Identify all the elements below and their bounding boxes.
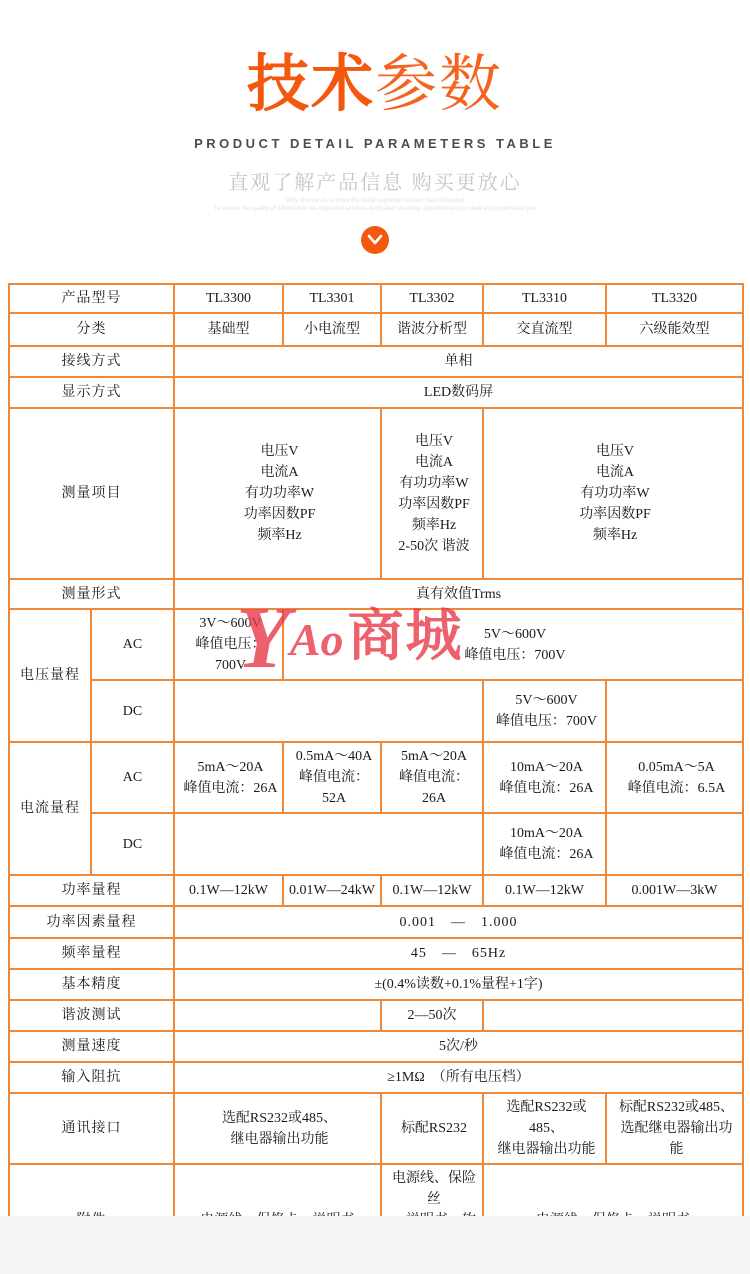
comm-cell: 标配RS232或485、 选配继电器输出功能: [606, 1093, 743, 1164]
comm-cell: 选配RS232或485、 继电器输出功能: [174, 1093, 381, 1164]
category-cell: 小电流型: [283, 313, 381, 346]
row-label-comm: 通讯接口: [9, 1093, 174, 1164]
row-current-ac: 电流量程 AC 5mA～20A 峰值电流：26A 0.5mA～40A 峰值电流：…: [9, 742, 743, 813]
row-form: 测量形式 真有效值Trms: [9, 579, 743, 609]
power-cell: 0.1W—12kW: [483, 875, 606, 906]
page-tagline: 直观了解产品信息 购买更放心: [0, 166, 750, 195]
current-ac-cell: 10mA～20A 峰值电流：26A: [483, 742, 606, 813]
freq-value: 45 — 65Hz: [174, 938, 743, 969]
title-light-part: 参数: [375, 50, 503, 119]
model-cell: TL3310: [483, 284, 606, 313]
harmonic-test-value: 2—50次: [381, 1000, 483, 1031]
row-label-voltage: 电压量程: [9, 609, 91, 742]
row-freq: 频率量程 45 — 65Hz: [9, 938, 743, 969]
row-model: 产品型号 TL3300 TL3301 TL3302 TL3310 TL3320: [9, 284, 743, 313]
voltage-ac-rest: 5V～600V 峰值电压：700V: [283, 609, 743, 680]
items-acdc-cell: 电压V 电流A 有功功率W 功率因数PF 频率Hz: [483, 408, 743, 579]
row-label-wiring: 接线方式: [9, 346, 174, 377]
current-ac-label: AC: [91, 742, 174, 813]
row-label-items: 测量项目: [9, 408, 174, 579]
wiring-value: 单相: [174, 346, 743, 377]
speed-value: 5次/秒: [174, 1031, 743, 1062]
form-value: 真有效值Trms: [174, 579, 743, 609]
row-label-current: 电流量程: [9, 742, 91, 875]
empty-cell: [606, 680, 743, 742]
current-ac-cell: 0.5mA～40A 峰值电流：52A: [283, 742, 381, 813]
fine-print: Why choose us to know the detail upgrade…: [0, 197, 750, 213]
impedance-value: ≥1MΩ （所有电压档）: [174, 1062, 743, 1093]
row-accuracy: 基本精度 ±(0.4%读数+0.1%量程+1字): [9, 969, 743, 1000]
row-comm: 通讯接口 选配RS232或485、 继电器输出功能 标配RS232 选配RS23…: [9, 1093, 743, 1164]
model-cell: TL3300: [174, 284, 283, 313]
pf-value: 0.001 — 1.000: [174, 906, 743, 938]
comm-cell: 选配RS232或485、 继电器输出功能: [483, 1093, 606, 1164]
category-cell: 基础型: [174, 313, 283, 346]
row-label-display: 显示方式: [9, 377, 174, 408]
model-cell: TL3302: [381, 284, 483, 313]
fine-print-line2: To ensure the quality of information we …: [0, 205, 750, 213]
category-cell: 交直流型: [483, 313, 606, 346]
empty-cell: [606, 813, 743, 875]
voltage-dc-tl3310: 5V～600V 峰值电压：700V: [483, 680, 606, 742]
power-cell: 0.1W—12kW: [174, 875, 283, 906]
row-label-speed: 测量速度: [9, 1031, 174, 1062]
category-cell: 六级能效型: [606, 313, 743, 346]
chevron-down-icon: [361, 226, 389, 254]
voltage-ac-label: AC: [91, 609, 174, 680]
bottom-background-band: [0, 1216, 750, 1274]
current-ac-cell: 5mA～20A 峰值电流：26A: [381, 742, 483, 813]
product-detail-page: 技术参数 PRODUCT DETAIL PARAMETERS TABLE 直观了…: [0, 0, 750, 1274]
comm-cell: 标配RS232: [381, 1093, 483, 1164]
model-cell: TL3320: [606, 284, 743, 313]
accuracy-value: ±(0.4%读数+0.1%量程+1字): [174, 969, 743, 1000]
row-pf: 功率因素量程 0.001 — 1.000: [9, 906, 743, 938]
power-cell: 0.001W—3kW: [606, 875, 743, 906]
display-value: LED数码屏: [174, 377, 743, 408]
row-speed: 测量速度 5次/秒: [9, 1031, 743, 1062]
current-ac-cell: 0.05mA～5A 峰值电流：6.5A: [606, 742, 743, 813]
spec-table: 产品型号 TL3300 TL3301 TL3302 TL3310 TL3320 …: [8, 283, 744, 1274]
fine-print-line1: Why choose us to know the detail upgrade…: [0, 197, 750, 205]
page-subtitle: PRODUCT DETAIL PARAMETERS TABLE: [0, 136, 750, 151]
row-label-form: 测量形式: [9, 579, 174, 609]
model-cell: TL3301: [283, 284, 381, 313]
row-label-harmonic-test: 谐波测试: [9, 1000, 174, 1031]
current-ac-cell: 5mA～20A 峰值电流：26A: [174, 742, 283, 813]
category-cell: 谐波分析型: [381, 313, 483, 346]
row-display: 显示方式 LED数码屏: [9, 377, 743, 408]
row-wiring: 接线方式 单相: [9, 346, 743, 377]
row-items: 测量项目 电压V 电流A 有功功率W 功率因数PF 频率Hz 电压V 电流A 有…: [9, 408, 743, 579]
power-cell: 0.01W—24kW: [283, 875, 381, 906]
empty-cell: [483, 1000, 743, 1031]
items-basic-cell: 电压V 电流A 有功功率W 功率因数PF 频率Hz: [174, 408, 381, 579]
row-label-pf: 功率因素量程: [9, 906, 174, 938]
voltage-ac-tl3300: 3V～600V 峰值电压：700V: [174, 609, 283, 680]
row-label-power: 功率量程: [9, 875, 174, 906]
row-label-category: 分类: [9, 313, 174, 346]
row-current-dc: DC 10mA～20A 峰值电流：26A: [9, 813, 743, 875]
title-bold-part: 技术: [247, 50, 375, 119]
empty-cell: [174, 813, 483, 875]
row-label-model: 产品型号: [9, 284, 174, 313]
row-label-freq: 频率量程: [9, 938, 174, 969]
current-dc-label: DC: [91, 813, 174, 875]
voltage-dc-label: DC: [91, 680, 174, 742]
page-title: 技术参数: [0, 52, 750, 118]
current-dc-tl3310: 10mA～20A 峰值电流：26A: [483, 813, 606, 875]
row-category: 分类 基础型 小电流型 谐波分析型 交直流型 六级能效型: [9, 313, 743, 346]
row-harmonic-test: 谐波测试 2—50次: [9, 1000, 743, 1031]
power-cell: 0.1W—12kW: [381, 875, 483, 906]
row-impedance: 输入阻抗 ≥1MΩ （所有电压档）: [9, 1062, 743, 1093]
empty-cell: [174, 680, 483, 742]
row-power: 功率量程 0.1W—12kW 0.01W—24kW 0.1W—12kW 0.1W…: [9, 875, 743, 906]
row-voltage-dc: DC 5V～600V 峰值电压：700V: [9, 680, 743, 742]
row-label-accuracy: 基本精度: [9, 969, 174, 1000]
empty-cell: [174, 1000, 381, 1031]
row-voltage-ac: 电压量程 AC 3V～600V 峰值电压：700V 5V～600V 峰值电压：7…: [9, 609, 743, 680]
items-harmonic-cell: 电压V 电流A 有功功率W 功率因数PF 频率Hz 2-50次 谐波: [381, 408, 483, 579]
row-label-impedance: 输入阻抗: [9, 1062, 174, 1093]
